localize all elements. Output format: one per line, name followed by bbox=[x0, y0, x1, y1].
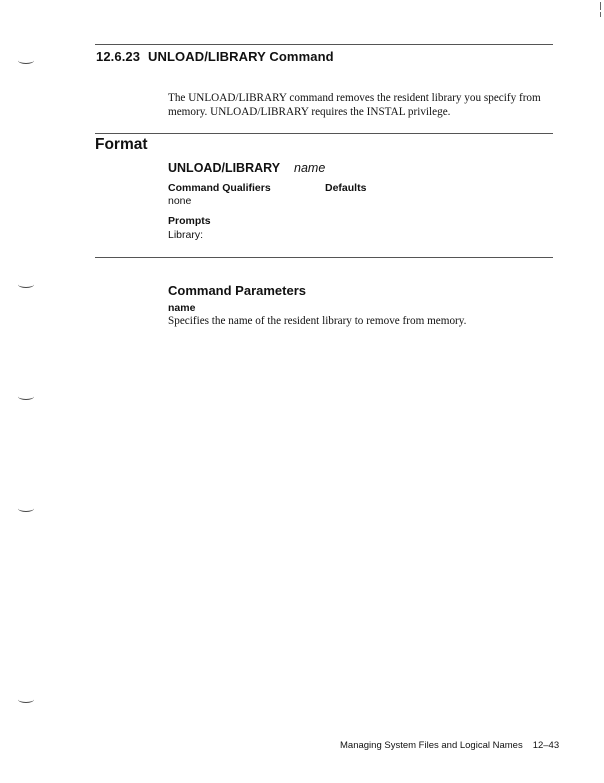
parameters-rule bbox=[95, 257, 553, 258]
footer-chapter-title: Managing System Files and Logical Names bbox=[340, 740, 523, 751]
section-number: 12.6.23 bbox=[96, 49, 148, 64]
section-title: UNLOAD/LIBRARY Command bbox=[148, 49, 334, 64]
page-footer: Managing System Files and Logical Names1… bbox=[340, 740, 559, 751]
qualifiers-value: none bbox=[168, 195, 191, 207]
binder-hole-mark bbox=[18, 57, 34, 64]
format-heading: Format bbox=[95, 136, 148, 154]
parameters-heading: Command Parameters bbox=[168, 283, 306, 298]
prompts-label: Prompts bbox=[168, 215, 211, 227]
defaults-label: Defaults bbox=[325, 182, 366, 194]
description-line: The UNLOAD/LIBRARY command removes the r… bbox=[168, 91, 558, 105]
page-edge-mark bbox=[600, 2, 601, 10]
qualifiers-label: Command Qualifiers bbox=[168, 182, 271, 194]
parameter-description: Specifies the name of the resident libra… bbox=[168, 314, 558, 328]
format-rule bbox=[95, 133, 553, 134]
page-edge-mark bbox=[600, 12, 601, 17]
description: The UNLOAD/LIBRARY command removes the r… bbox=[168, 91, 558, 119]
command-parameter: name bbox=[294, 161, 325, 175]
binder-hole-mark bbox=[18, 393, 34, 400]
section-heading: 12.6.23UNLOAD/LIBRARY Command bbox=[96, 49, 334, 64]
section-rule bbox=[95, 44, 553, 45]
description-line: memory. UNLOAD/LIBRARY requires the INST… bbox=[168, 105, 558, 119]
binder-hole-mark bbox=[18, 505, 34, 512]
footer-page-number: 12–43 bbox=[533, 740, 559, 751]
binder-hole-mark bbox=[18, 696, 34, 703]
prompts-value: Library: bbox=[168, 229, 203, 241]
parameter-name: name bbox=[168, 302, 195, 314]
command-syntax: UNLOAD/LIBRARYname bbox=[168, 161, 325, 175]
binder-hole-mark bbox=[18, 281, 34, 288]
command-name: UNLOAD/LIBRARY bbox=[168, 161, 280, 175]
